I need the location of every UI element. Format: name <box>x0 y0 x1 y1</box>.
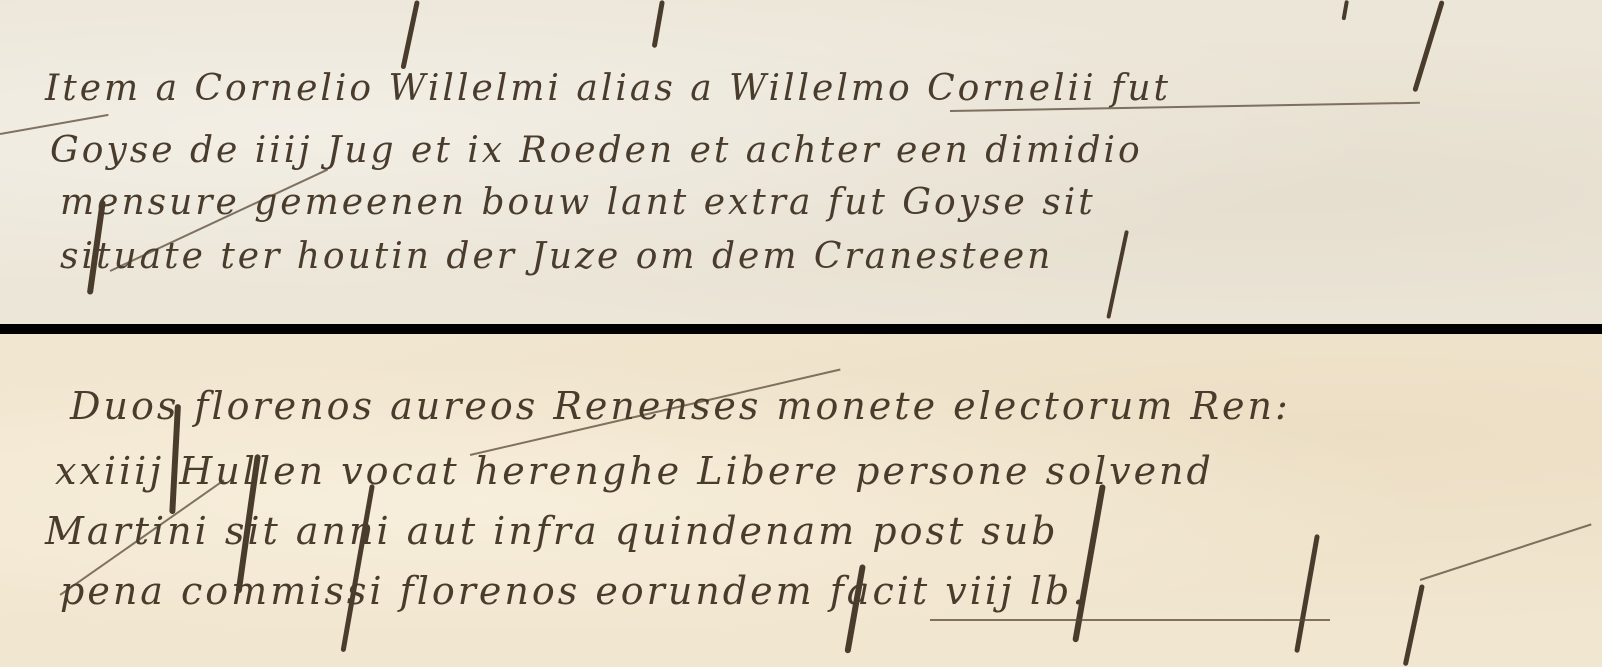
manuscript-line: Goyse de iiij Jug et ix Roeden et achter… <box>50 130 1143 171</box>
manuscript-line: situate ter houtin der Juze om dem Crane… <box>60 236 1053 277</box>
ink-ascender-stroke <box>400 0 419 70</box>
ink-descender-stroke <box>1403 584 1425 666</box>
manuscript-line: Duos florenos aureos Renenses monete ele… <box>70 384 1291 428</box>
ink-descender-stroke <box>1106 230 1129 319</box>
fragment-divider <box>0 324 1602 334</box>
ink-flourish <box>1420 523 1592 580</box>
manuscript-line: xxiiij Hullen vocat herenghe Libere pers… <box>55 449 1214 493</box>
manuscript-line: Item a Cornelio Willelmi alias a Willelm… <box>45 68 1171 109</box>
manuscript-fragment-top: Item a Cornelio Willelmi alias a Willelm… <box>0 0 1602 324</box>
ink-ascender-stroke <box>1342 0 1349 20</box>
ink-descender-stroke <box>1294 534 1320 653</box>
manuscript-line: pena commissi florenos eorundem facit vi… <box>60 569 1087 613</box>
manuscript-line: mensure gemeenen bouw lant extra fut Goy… <box>60 182 1096 223</box>
ink-ascender-stroke <box>652 0 665 48</box>
ink-ascender-stroke <box>1412 0 1445 92</box>
manuscript-line: Martini sit anni aut infra quindenam pos… <box>45 509 1059 553</box>
ink-flourish <box>930 619 1330 621</box>
manuscript-fragment-bottom: Duos florenos aureos Renenses monete ele… <box>0 334 1602 667</box>
